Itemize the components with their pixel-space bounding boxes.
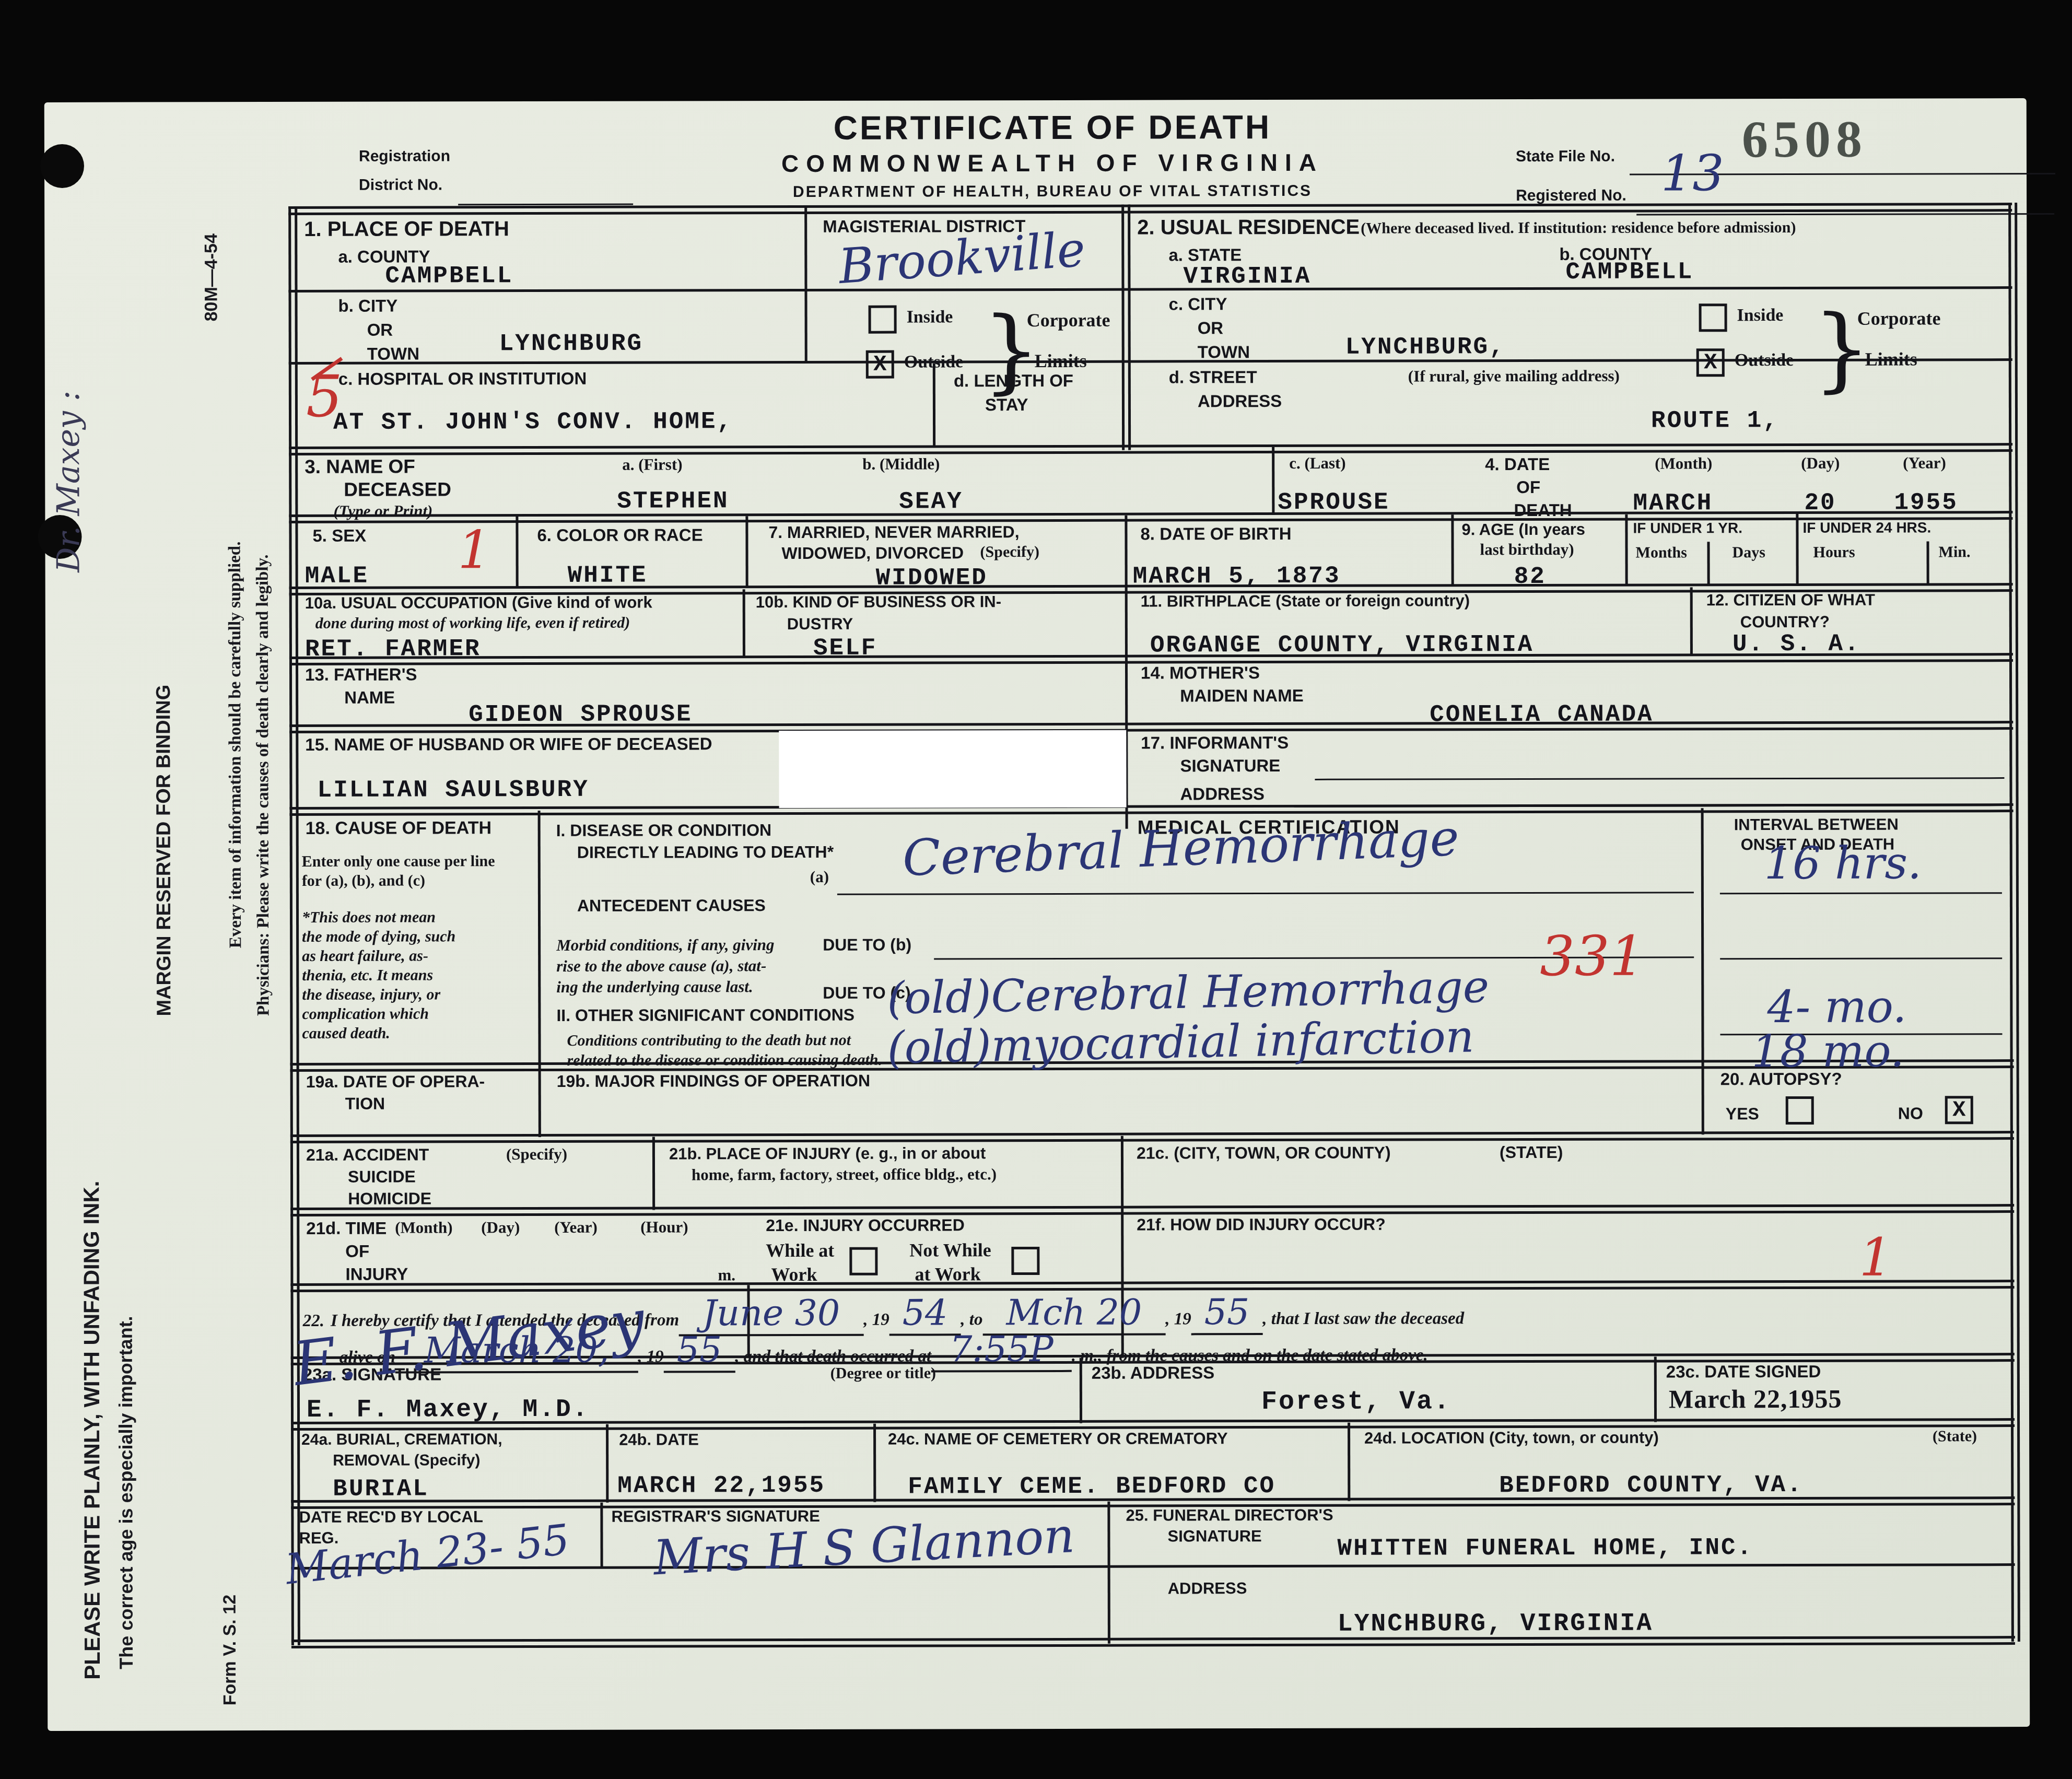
s21e-checkbox-while (849, 1247, 877, 1275)
s2-county-value: CAMPBELL (1565, 258, 1693, 286)
s18-a-label: (a) (810, 868, 829, 886)
s2-corporate-label: Corporate (1857, 307, 1941, 329)
s25-address-value: LYNCHBURG, VIRGINIA (1338, 1610, 1653, 1638)
s10a-value: RET. FARMER (305, 635, 481, 663)
s21b-label: 21b. PLACE OF INJURY (e. g., in or about (669, 1144, 986, 1163)
registered-no-value: 13 (1661, 145, 1724, 202)
s9-value: 82 (1514, 563, 1546, 590)
s2-title-paren: (Where deceased lived. If institution: r… (1361, 219, 1796, 238)
s1-outside-label: Outside (904, 352, 963, 372)
margin-note-physicians: Physicians: Please write the causes of d… (252, 259, 273, 1016)
s4-month-label: (Month) (1655, 454, 1712, 473)
s2-state-label: a. STATE (1168, 245, 1242, 265)
s17-label: 17. INFORMANT'S (1141, 733, 1289, 753)
s21e-label: 21e. INJURY OCCURRED (766, 1215, 965, 1235)
s24a-value: BURIAL (333, 1475, 429, 1502)
s2-outside-label: Outside (1735, 350, 1794, 370)
s24c-label: 24c. NAME OF CEMETERY OR CREMATORY (888, 1429, 1228, 1448)
s2-title: 2. USUAL RESIDENCE (1137, 216, 1360, 240)
s19a-label: 19a. DATE OF OPERA- (306, 1072, 485, 1092)
s15-label: 15. NAME OF HUSBAND OR WIFE OF DECEASED (305, 734, 712, 755)
s3-middle-label: b. (Middle) (862, 454, 940, 473)
s4-year-value: 1955 (1894, 489, 1958, 516)
s3-first-value: STEPHEN (617, 487, 729, 514)
s10a-label: 10a. USUAL OCCUPATION (Give kind of work (305, 593, 652, 613)
s5-label: 5. SEX (312, 526, 366, 546)
s24c-value: FAMILY CEME. BEDFORD CO (908, 1472, 1275, 1500)
s7-label: 7. MARRIED, NEVER MARRIED, (768, 522, 1019, 542)
s23c-value: March 22,1955 (1669, 1384, 1842, 1414)
s1-city-value: LYNCHBURG (499, 330, 643, 358)
s2-checkbox-inside (1699, 303, 1727, 332)
s1-inside-label: Inside (907, 307, 953, 327)
s19b-label: 19b. MAJOR FINDINGS OF OPERATION (557, 1071, 870, 1091)
s2-street-value: ROUTE 1, (1651, 407, 1779, 435)
s13-label: 13. FATHER'S (305, 664, 417, 684)
s24d-label: 24d. LOCATION (City, town, or county) (1364, 1429, 1659, 1448)
s20-no-label: NO (1898, 1104, 1923, 1123)
s5-value: MALE (305, 563, 369, 590)
margin-form-code: 80M—4-54 (201, 133, 222, 321)
margin-note-supplied: Every item of information should be care… (225, 165, 245, 948)
s5-red-mark: 1 (458, 519, 491, 580)
district-no-label: District No. (359, 176, 442, 194)
s8-label: 8. DATE OF BIRTH (1140, 524, 1291, 544)
s21a-paren: (Specify) (506, 1145, 567, 1164)
s24b-label: 24b. DATE (619, 1430, 699, 1449)
s21d-label: 21d. TIME (306, 1219, 387, 1238)
margin-handwritten-note: Dr. Maxey : (50, 301, 87, 572)
redaction-box (779, 730, 1126, 808)
s2-checkbox-outside: X (1696, 348, 1725, 377)
s7-paren: (Specify) (980, 543, 1039, 561)
s24a-label: 24a. BURIAL, CREMATION, (301, 1431, 502, 1449)
s4-month-value: MARCH (1633, 489, 1713, 517)
s25-address-label: ADDRESS (1168, 1579, 1247, 1598)
s21c-label: 21c. (CITY, TOWN, OR COUNTY) (1137, 1143, 1391, 1163)
death-time-value: 7:55P (931, 1329, 1072, 1373)
s3-last-label: c. (Last) (1289, 454, 1346, 473)
date-recd-label: DATE REC'D BY LOCAL (299, 1507, 483, 1527)
certificate-title: CERTIFICATE OF DEATH (770, 108, 1334, 147)
s23a-value: E. F. Maxey, M.D. (307, 1396, 589, 1424)
s1-title: 1. PLACE OF DEATH (304, 217, 509, 241)
s21f-red-mark: 1 (1859, 1227, 1892, 1288)
registration-label: Registration (359, 147, 450, 165)
s12-value: U. S. A. (1732, 630, 1860, 658)
s21e-checkbox-notwhile (1011, 1247, 1039, 1275)
s21c-state-label: (STATE) (1500, 1143, 1563, 1162)
s2-state-value: VIRGINIA (1183, 263, 1311, 290)
s2-inside-label: Inside (1737, 306, 1784, 325)
s3-first-label: a. (First) (622, 455, 682, 474)
s4-year-label: (Year) (1903, 453, 1946, 472)
s1-county-value: CAMPBELL (385, 262, 513, 290)
s18-b-label: DUE TO (b) (823, 935, 911, 955)
margin-note-age: The correct age is especially important. (114, 990, 137, 1669)
s3-middle-value: SEAY (899, 488, 963, 515)
s14-label: 14. MOTHER'S (1141, 663, 1260, 683)
s20-yes-label: YES (1726, 1104, 1759, 1123)
s24d-value: BEDFORD COUNTY, VA. (1499, 1471, 1803, 1499)
s18-antecedent-label: ANTECEDENT CAUSES (577, 896, 766, 916)
s9-under24-label: IF UNDER 24 HRS. (1802, 519, 1931, 536)
s2-limits-label: Limits (1865, 348, 1917, 370)
s20-checkbox-no: X (1945, 1096, 1973, 1124)
s18-interval-a: 16 hrs. (1764, 837, 1922, 889)
date-recd-value: March 23- 55 (283, 1515, 571, 1594)
s1-checkbox-inside (869, 306, 897, 334)
s1-checkbox-outside: X (866, 350, 894, 379)
s6-value: WHITE (568, 562, 648, 589)
commonwealth-subtitle: COMMONWEALTH OF VIRGINIA (770, 148, 1334, 178)
s1-city-label: b. CITY (338, 296, 398, 316)
s3-label: 3. NAME OF (305, 455, 415, 477)
s12-label: 12. CITIZEN OF WHAT (1706, 591, 1875, 610)
s1-hospital-label: c. HOSPITAL OR INSTITUTION (338, 369, 587, 389)
s24b-value: MARCH 22,1955 (617, 1472, 825, 1500)
s1-hospital-value: AT ST. JOHN'S CONV. HOME, (333, 408, 733, 436)
s23a-degree-label: (Degree or title) (830, 1364, 936, 1382)
s25-value: WHITTEN FUNERAL HOME, INC. (1337, 1534, 1753, 1562)
s20-checkbox-yes (1786, 1096, 1814, 1125)
s24d-state-label: (State) (1933, 1427, 1977, 1445)
s2-city-label: c. CITY (1169, 294, 1227, 314)
s18-interval-label: INTERVAL BETWEEN (1734, 815, 1899, 835)
state-file-label: State File No. (1516, 148, 1615, 166)
alive-on-year: 55 (664, 1329, 735, 1373)
certificate-paper: PLEASE WRITE PLAINLY, WITH UNFADING INK.… (44, 98, 2030, 1731)
s3-paren: (Type or Print) (333, 501, 432, 520)
s23b-label: 23b. ADDRESS (1092, 1363, 1214, 1383)
s20-label: 20. AUTOPSY? (1720, 1069, 1842, 1089)
s3-last-value: SPROUSE (1278, 489, 1389, 516)
s15-value: LILLIAN SAULSBURY (317, 776, 589, 804)
s21a-label: 21a. ACCIDENT (306, 1145, 429, 1164)
scanned-death-certificate: PLEASE WRITE PLAINLY, WITH UNFADING INK.… (0, 0, 2072, 1779)
s25-label: 25. FUNERAL DIRECTOR'S (1126, 1506, 1333, 1525)
punch-hole (40, 144, 84, 188)
s18-a-value: Cerebral Hemorrhage (902, 810, 1460, 887)
s18-disease-label: I. DISEASE OR CONDITION (556, 821, 772, 840)
s11-value: ORGANGE COUNTY, VIRGINIA (1150, 631, 1534, 659)
s18-other-label: II. OTHER SIGNIFICANT CONDITIONS (556, 1005, 854, 1025)
registered-no-label: Registered No. (1516, 187, 1626, 205)
margin-form-number: Form V. S. 12 (219, 1486, 240, 1705)
s10b-value: SELF (813, 635, 877, 662)
s11-label: 11. BIRTHPLACE (State or foreign country… (1141, 591, 1470, 611)
margin-note-binding: MARGIN RESERVED FOR BINDING (152, 337, 176, 1016)
s4-label: 4. DATE (1485, 454, 1550, 474)
s10b-label: 10b. KIND OF BUSINESS OR IN- (756, 592, 1001, 612)
s2-city-value: LYNCHBURG, (1345, 333, 1505, 361)
s1-limits-label: Limits (1035, 350, 1087, 372)
department-subtitle: DEPARTMENT OF HEALTH, BUREAU OF VITAL ST… (770, 182, 1334, 201)
s2-street-paren: (If rural, give mailing address) (1408, 367, 1620, 386)
s8-value: MARCH 5, 1873 (1133, 563, 1341, 590)
s9-label: 9. AGE (In years (1461, 520, 1585, 539)
s4-day-value: 20 (1804, 489, 1836, 517)
s2-street-label: d. STREET (1169, 367, 1257, 387)
s1-corporate-label: Corporate (1027, 309, 1110, 331)
s9-under1-label: IF UNDER 1 YR. (1633, 520, 1742, 536)
s6-label: 6. COLOR OR RACE (537, 525, 703, 545)
state-file-number-stamp: 6508 (1742, 109, 1867, 170)
s7-value: WIDOWED (876, 564, 988, 591)
s23c-label: 23c. DATE SIGNED (1666, 1362, 1821, 1382)
s14-value: CONELIA CANADA (1430, 701, 1654, 729)
s13-value: GIDEON SPROUSE (469, 700, 693, 728)
s4-day-label: (Day) (1801, 454, 1840, 473)
s1-length-label: d. LENGTH OF (954, 371, 1073, 391)
s18-red-code: 331 (1540, 924, 1645, 988)
s23b-value: Forest, Va. (1261, 1387, 1451, 1417)
s18-label: 18. CAUSE OF DEATH (306, 818, 492, 839)
s21f-label: 21f. HOW DID INJURY OCCUR? (1137, 1215, 1386, 1235)
